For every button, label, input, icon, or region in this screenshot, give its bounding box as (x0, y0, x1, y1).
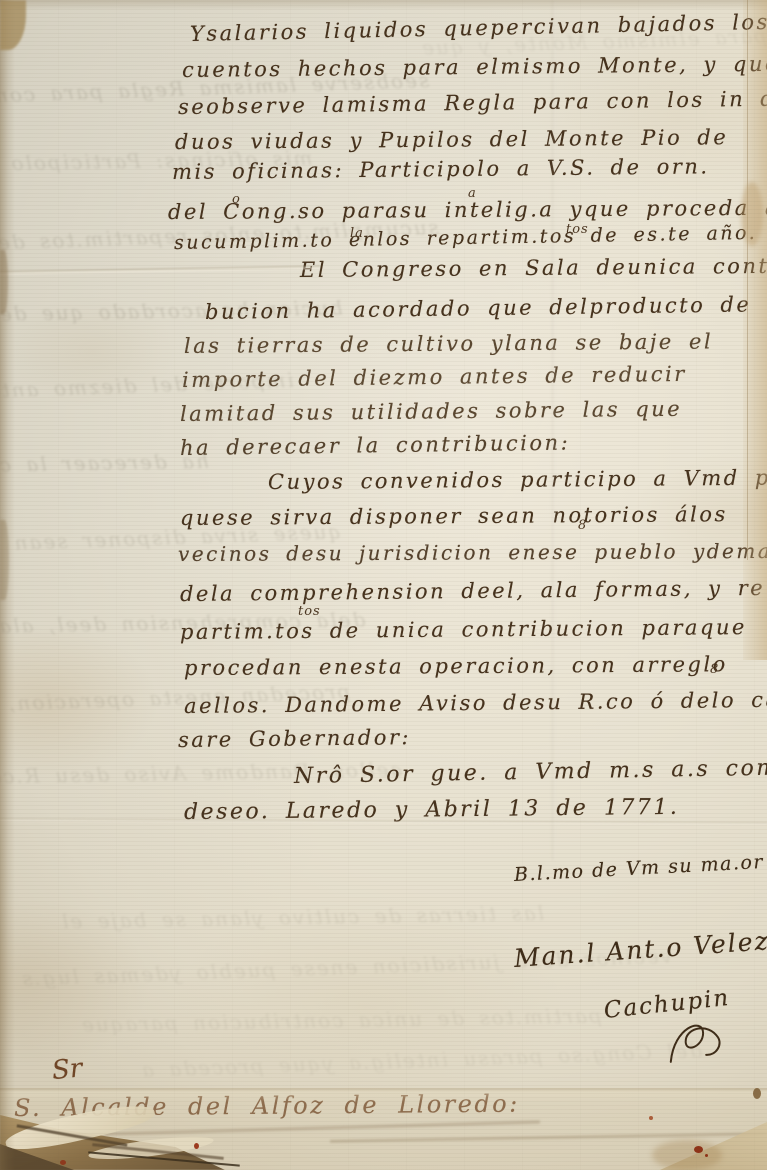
manuscript-line: duos viudas y Pupilos del Monte Pio de (175, 125, 728, 154)
ink-speck (649, 1116, 653, 1120)
manuscript-line: El Congreso en Sala deunica contri (300, 254, 767, 282)
interlinear-mark: tos (566, 222, 589, 237)
manuscript-line: sare Gobernador: (178, 725, 411, 752)
manuscript-line: Cuyos convenidos participo a Vmd para (268, 465, 767, 494)
edge-notch (0, 520, 9, 600)
address-salutation: Sr (51, 1053, 84, 1086)
manuscript-line: partim.tos de unica contribucion paraque (180, 615, 747, 644)
manuscript-line: las tierras de cultivo ylana se baje el (184, 329, 713, 358)
stain (741, 182, 763, 246)
interlinear-mark: 8 (710, 662, 719, 677)
ink-speck (60, 1160, 66, 1165)
ink-speck (694, 1146, 703, 1153)
ink-speck (753, 1088, 761, 1099)
interlinear-mark: a (468, 186, 477, 201)
interlinear-mark: o (232, 192, 241, 207)
interlinear-mark: la (350, 226, 364, 241)
fold-crease-vertical (552, 0, 555, 860)
signature-rubric-icon (659, 1009, 736, 1070)
manuscript-line: vecinos desu jurisdicion enese pueblo yd… (178, 538, 767, 566)
page-top-edge (0, 0, 767, 10)
manuscript-page: cuentos hechos para elmismo Monte, y que… (0, 0, 767, 1170)
page-edge-line (747, 0, 748, 560)
interlinear-mark: 8 (578, 518, 587, 533)
interlinear-mark: tos (298, 604, 321, 619)
manuscript-line: quese sirva disponer sean notorios álos (180, 502, 728, 530)
stain (652, 1140, 722, 1170)
edge-notch (0, 250, 8, 314)
ink-speck (194, 1143, 199, 1149)
manuscript-line: procedan enesta operacion, con arreglo (184, 652, 728, 680)
ink-speck (705, 1154, 708, 1157)
